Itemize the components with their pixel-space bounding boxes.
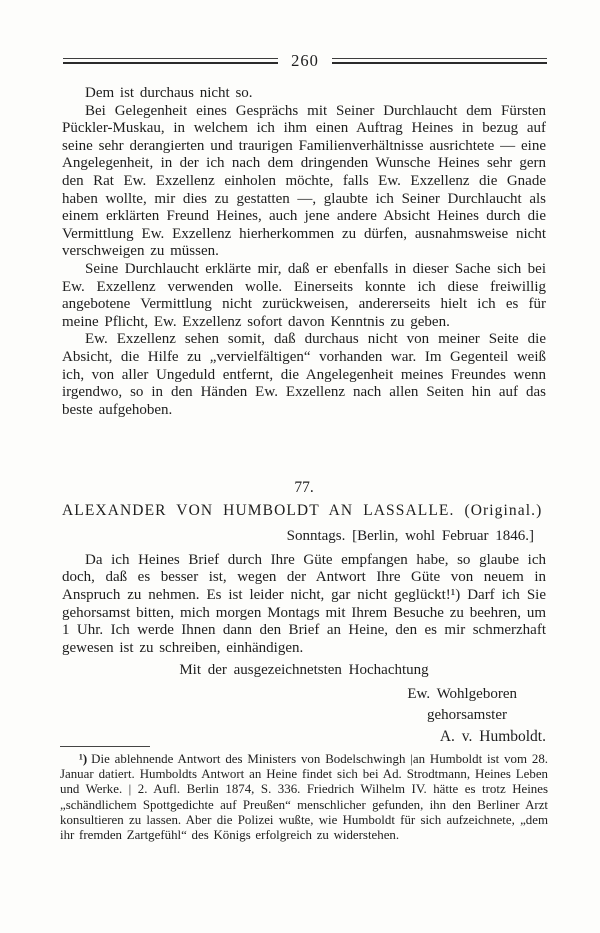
footnote-body: Die ablehnende Antwort des Ministers von… — [60, 752, 548, 842]
letter-section: 77. ALEXANDER VON HUMBOLDT AN LASSALLE. … — [62, 479, 546, 747]
book-page: 260 Dem ist durchaus nicht so. Bei Geleg… — [0, 0, 600, 933]
signature-block: Ew. Wohlgeboren gehorsamster A. v. Humbo… — [62, 684, 546, 747]
letter-dateline: Sonntags. [Berlin, wohl Februar 1846.] — [62, 528, 546, 546]
footnote-rule — [60, 746, 150, 747]
footnote-marker: ¹) — [79, 752, 87, 766]
signature-line: A. v. Humboldt. — [62, 726, 546, 747]
letter-body: Da ich Heines Brief durch Ihre Güte empf… — [62, 552, 546, 658]
paragraph: Seine Durchlaucht erklärte mir, daß er e… — [62, 261, 546, 331]
paragraph: Dem ist durchaus nicht so. — [62, 85, 546, 103]
paragraph: Ew. Exzellenz sehen somit, daß durchaus … — [62, 331, 546, 419]
signature-line: gehorsamster — [62, 705, 546, 726]
letter-number: 77. — [62, 479, 546, 497]
signature-line: Ew. Wohlgeboren — [62, 684, 546, 705]
footnote: ¹)Die ablehnende Antwort des Ministers v… — [60, 746, 548, 843]
header-rule-left — [63, 58, 278, 64]
letter-heading: ALEXANDER VON HUMBOLDT AN LASSALLE. (Ori… — [62, 502, 546, 520]
header-rule-right — [332, 58, 547, 64]
body-text: Dem ist durchaus nicht so. Bei Gelegenhe… — [62, 85, 546, 419]
page-number: 260 — [278, 53, 332, 69]
letter-closing: Mit der ausgezeichnetsten Hochachtung — [62, 662, 546, 680]
paragraph: Bei Gelegenheit eines Gesprächs mit Sein… — [62, 103, 546, 261]
footnote-text: ¹)Die ablehnende Antwort des Ministers v… — [60, 752, 548, 843]
page-header: 260 — [63, 53, 547, 69]
